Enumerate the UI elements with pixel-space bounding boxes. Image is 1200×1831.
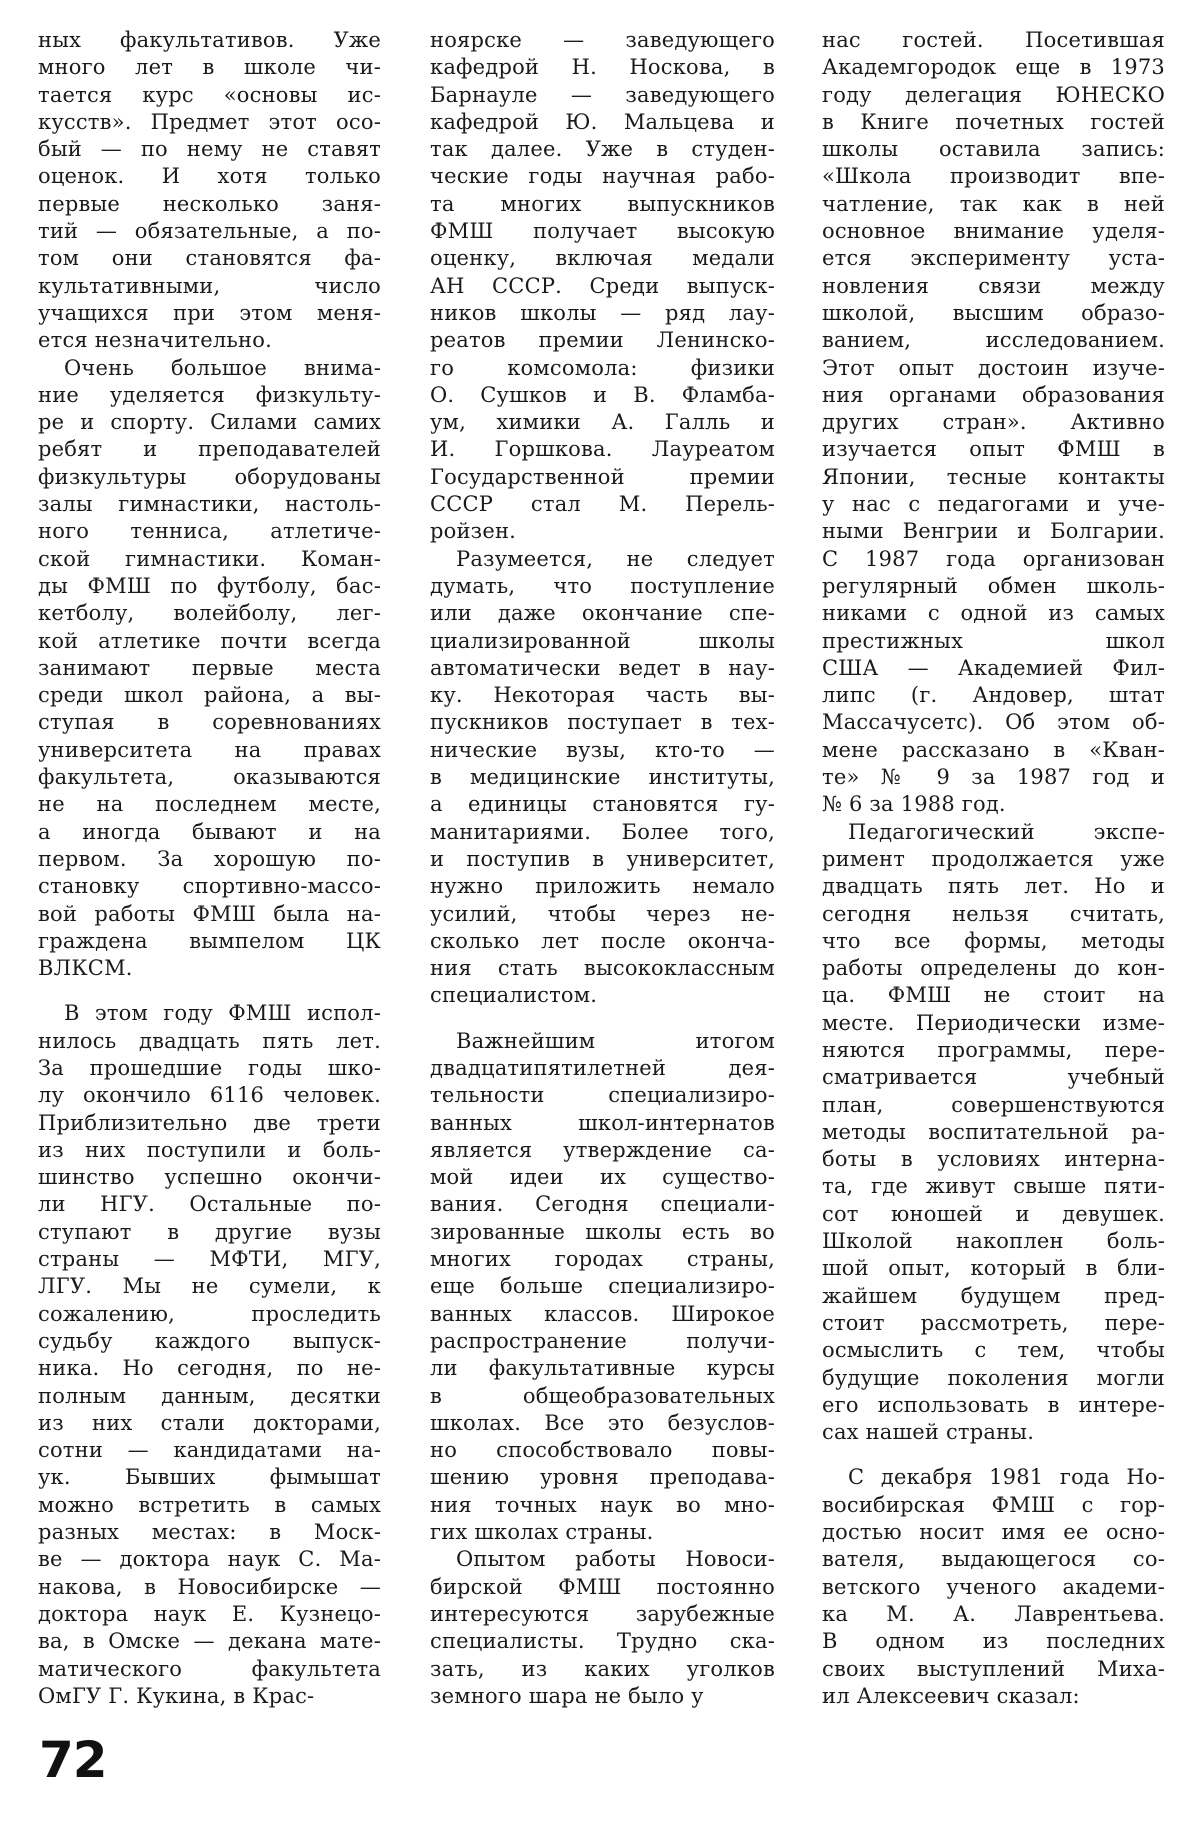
text-line: в медицинские институты,: [430, 764, 775, 791]
text-line: нические вузы, кто-то —: [430, 737, 775, 764]
text-line: ников школы — ряд лау-: [430, 300, 775, 327]
text-line: том они становятся фа-: [38, 245, 381, 272]
text-line: специалисты. Трудно ска-: [430, 1628, 775, 1655]
text-line: го комсомола: физики: [430, 355, 775, 382]
text-line: ВЛКСМ.: [38, 955, 381, 982]
text-line: ными Венгрии и Болгарии.: [822, 518, 1165, 545]
text-line: С 1987 года организован: [822, 546, 1165, 573]
text-line: нилось двадцать пять лет.: [38, 1028, 381, 1055]
text-line: Японии, тесные контакты: [822, 464, 1165, 491]
text-line: стоит рассмотреть, пере-: [822, 1310, 1165, 1337]
text-line: факультета, оказываются: [38, 764, 381, 791]
text-line: будущие поколения могли: [822, 1365, 1165, 1392]
text-line: своих выступлений Миха-: [822, 1656, 1165, 1683]
text-line: ве — доктора наук С. Ма-: [38, 1546, 381, 1573]
text-line: достью носит имя ее осно-: [822, 1519, 1165, 1546]
text-line: культативными, число: [38, 273, 381, 300]
text-line: ванных школ-интернатов: [430, 1110, 775, 1137]
text-line: можно встретить в самых: [38, 1492, 381, 1519]
text-line: кой атлетике почти всегда: [38, 628, 381, 655]
paragraph: Педагогический экспе-римент продолжается…: [822, 819, 1165, 1447]
text-line: те» № 9 за 1987 год и: [822, 764, 1165, 791]
text-line: И. Горшкова. Лауреатом: [430, 436, 775, 463]
text-line: что все формы, методы: [822, 928, 1165, 955]
paragraph: Очень большое внима-ние уделяется физкул…: [38, 355, 381, 983]
text-line: Приблизительно две трети: [38, 1110, 381, 1137]
text-line: матического факультета: [38, 1656, 381, 1683]
text-line: школы оставила запись:: [822, 136, 1165, 163]
text-line: является утверждение са-: [430, 1137, 775, 1164]
text-line: Важнейшим итогом: [430, 1028, 775, 1055]
text-line: интересуются зарубежные: [430, 1601, 775, 1628]
text-line: бирской ФМШ постоянно: [430, 1574, 775, 1601]
text-line: среди школ района, а вы-: [38, 682, 381, 709]
text-line: ку. Некоторая часть вы-: [430, 682, 775, 709]
text-line: новления связи между: [822, 273, 1165, 300]
text-line: ния стать высококлассным: [430, 955, 775, 982]
text-line: ванных классов. Широкое: [430, 1301, 775, 1328]
text-line: ние уделяется физкульту-: [38, 382, 381, 409]
text-line: вателя, выдающегося со-: [822, 1546, 1165, 1573]
text-line: а единицы становятся гу-: [430, 791, 775, 818]
text-line: изучается опыт ФМШ в: [822, 436, 1165, 463]
text-line: реатов премии Ленинско-: [430, 327, 775, 354]
text-line: С декабря 1981 года Но-: [822, 1464, 1165, 1491]
text-line: Государственной премии: [430, 464, 775, 491]
text-line: сот юношей и девушек.: [822, 1201, 1165, 1228]
text-line: боты в условиях интерна-: [822, 1146, 1165, 1173]
text-line: и поступив в университет,: [430, 846, 775, 873]
text-line: ния точных наук во мно-: [430, 1492, 775, 1519]
text-line: ника. Но сегодня, по не-: [38, 1355, 381, 1382]
paragraph-gap: [822, 1446, 1165, 1464]
text-line: О. Сушков и В. Фламба-: [430, 382, 775, 409]
text-line: у нас с педагогами и уче-: [822, 491, 1165, 518]
text-line: граждена вымпелом ЦК: [38, 928, 381, 955]
text-line: ЛГУ. Мы не сумели, к: [38, 1273, 381, 1300]
text-line: в общеобразовательных: [430, 1383, 775, 1410]
text-line: основное внимание уделя-: [822, 218, 1165, 245]
text-line: сах нашей страны.: [822, 1419, 1165, 1446]
text-column-1: ных факультативов. Ужемного лет в школе …: [38, 27, 381, 1710]
text-line: первые несколько заня-: [38, 191, 381, 218]
text-line: гих школах страны.: [430, 1519, 775, 1546]
text-line: та многих выпускников: [430, 191, 775, 218]
text-line: так далее. Уже в студен-: [430, 136, 775, 163]
text-line: пускников поступает в тех-: [430, 709, 775, 736]
paragraph: С декабря 1981 года Но-восибирская ФМШ с…: [822, 1464, 1165, 1710]
text-line: сматривается учебный: [822, 1064, 1165, 1091]
text-line: сожалению, проследить: [38, 1301, 381, 1328]
text-line: разных местах: в Моск-: [38, 1519, 381, 1546]
text-line: ва, в Омске — декана мате-: [38, 1628, 381, 1655]
text-line: бый — по нему не ставят: [38, 136, 381, 163]
text-line: накова, в Новосибирске —: [38, 1574, 381, 1601]
text-line: ванием, исследованием.: [822, 327, 1165, 354]
text-line: США — Академией Фил-: [822, 655, 1165, 682]
paragraph: ноярске — заведующегокафедрой Н. Носкова…: [430, 27, 775, 546]
text-line: Школой накоплен боль-: [822, 1228, 1165, 1255]
text-line: зированные школы есть во: [430, 1219, 775, 1246]
text-line: еще больше специализиро-: [430, 1273, 775, 1300]
text-line: Разумеется, не следует: [430, 546, 775, 573]
text-line: двадцатипятилетней дея-: [430, 1055, 775, 1082]
text-line: кафедрой Ю. Мальцева и: [430, 109, 775, 136]
text-line: ской гимнастики. Коман-: [38, 546, 381, 573]
text-line: За прошедшие годы шко-: [38, 1055, 381, 1082]
text-line: земного шара не было у: [430, 1683, 775, 1710]
text-line: физкультуры оборудованы: [38, 464, 381, 491]
text-line: ил Алексеевич сказал:: [822, 1683, 1165, 1710]
paragraph: ных факультативов. Ужемного лет в школе …: [38, 27, 381, 355]
magazine-page: ных факультативов. Ужемного лет в школе …: [0, 0, 1200, 1831]
text-line: план, совершенствуются: [822, 1092, 1165, 1119]
text-line: чатление, так как в ней: [822, 191, 1165, 218]
text-line: вой работы ФМШ была на-: [38, 901, 381, 928]
text-line: но способствовало повы-: [430, 1437, 775, 1464]
text-line: ческие годы научная рабо-: [430, 163, 775, 190]
text-line: Опытом работы Новоси-: [430, 1546, 775, 1573]
text-line: его использовать в интере-: [822, 1392, 1165, 1419]
text-line: ды ФМШ по футболу, бас-: [38, 573, 381, 600]
text-line: осмыслить с тем, чтобы: [822, 1337, 1165, 1364]
text-line: ум, химики А. Галль и: [430, 409, 775, 436]
text-line: престижных школ: [822, 628, 1165, 655]
text-line: регулярный обмен школь-: [822, 573, 1165, 600]
text-line: римент продолжается уже: [822, 846, 1165, 873]
text-line: или даже окончание спе-: [430, 600, 775, 627]
text-line: Очень большое внима-: [38, 355, 381, 382]
text-line: шой опыт, который в бли-: [822, 1255, 1165, 1282]
text-line: жайшем будущем пред-: [822, 1283, 1165, 1310]
text-line: автоматически ведет в нау-: [430, 655, 775, 682]
text-line: первом. За хорошую по-: [38, 846, 381, 873]
text-line: полным данным, десятки: [38, 1383, 381, 1410]
text-line: шению уровня преподава-: [430, 1464, 775, 1491]
text-line: кусств». Предмет этот осо-: [38, 109, 381, 136]
text-line: ния органами образования: [822, 382, 1165, 409]
text-line: не на последнем месте,: [38, 791, 381, 818]
text-line: В одном из последних: [822, 1628, 1165, 1655]
text-line: манитариями. Более того,: [430, 819, 775, 846]
text-line: ного тенниса, атлетиче-: [38, 518, 381, 545]
text-line: В этом году ФМШ испол-: [38, 1000, 381, 1027]
text-line: ется эксперименту уста-: [822, 245, 1165, 272]
text-line: становку спортивно-массо-: [38, 873, 381, 900]
text-line: та, где живут свыше пяти-: [822, 1173, 1165, 1200]
text-line: месте. Периодически изме-: [822, 1010, 1165, 1037]
text-line: ступая в соревнованиях: [38, 709, 381, 736]
text-line: Педагогический экспе-: [822, 819, 1165, 846]
text-line: судьбу каждого выпуск-: [38, 1328, 381, 1355]
text-column-3: нас гостей. ПосетившаяАкадемгородок еще …: [822, 27, 1165, 1710]
paragraph: Важнейшим итогомдвадцатипятилетней дея-т…: [430, 1028, 775, 1547]
text-line: няются программы, пере-: [822, 1037, 1165, 1064]
paragraph: нас гостей. ПосетившаяАкадемгородок еще …: [822, 27, 1165, 819]
text-line: занимают первые места: [38, 655, 381, 682]
text-line: усилий, чтобы через не-: [430, 901, 775, 928]
text-line: ца. ФМШ не стоит на: [822, 982, 1165, 1009]
text-line: ноярске — заведующего: [430, 27, 775, 54]
text-line: страны — МФТИ, МГУ,: [38, 1246, 381, 1273]
text-line: ФМШ получает высокую: [430, 218, 775, 245]
text-line: Массачусетс). Об этом об-: [822, 709, 1165, 736]
text-line: циализированной школы: [430, 628, 775, 655]
text-line: Барнауле — заведующего: [430, 82, 775, 109]
text-line: АН СССР. Среди выпуск-: [430, 273, 775, 300]
text-line: ка М. А. Лаврентьева.: [822, 1601, 1165, 1628]
text-line: кафедрой Н. Носкова, в: [430, 54, 775, 81]
text-line: ук. Бывших фымышат: [38, 1464, 381, 1491]
text-line: двадцать пять лет. Но и: [822, 873, 1165, 900]
text-column-2: ноярске — заведующегокафедрой Н. Носкова…: [430, 27, 775, 1710]
text-line: ОмГУ Г. Кукина, в Крас-: [38, 1683, 381, 1710]
text-line: университета на правах: [38, 737, 381, 764]
text-line: ли НГУ. Остальные по-: [38, 1191, 381, 1218]
text-line: оценку, включая медали: [430, 245, 775, 272]
text-line: доктора наук Е. Кузнецо-: [38, 1601, 381, 1628]
text-line: шинство успешно окончи-: [38, 1164, 381, 1191]
text-line: мене рассказано в «Кван-: [822, 737, 1165, 764]
text-line: из них поступили и боль-: [38, 1137, 381, 1164]
text-line: году делегация ЮНЕСКО: [822, 82, 1165, 109]
text-line: СССР стал М. Перель-: [430, 491, 775, 518]
text-line: кетболу, волейболу, лег-: [38, 600, 381, 627]
text-line: работы определены до кон-: [822, 955, 1165, 982]
text-line: ных факультативов. Уже: [38, 27, 381, 54]
text-line: нужно приложить немало: [430, 873, 775, 900]
text-line: методы воспитательной ра-: [822, 1119, 1165, 1146]
text-line: других стран». Активно: [822, 409, 1165, 436]
text-line: тий — обязательные, а по-: [38, 218, 381, 245]
text-line: много лет в школе чи-: [38, 54, 381, 81]
text-line: Этот опыт достоин изуче-: [822, 355, 1165, 382]
text-line: ребят и преподавателей: [38, 436, 381, 463]
text-line: учащихся при этом меня-: [38, 300, 381, 327]
text-line: а иногда бывают и на: [38, 819, 381, 846]
text-line: № 6 за 1988 год.: [822, 791, 1165, 818]
text-line: ройзен.: [430, 518, 775, 545]
paragraph-gap: [38, 982, 381, 1000]
text-line: мой идеи их существо-: [430, 1164, 775, 1191]
text-line: липс (г. Андовер, штат: [822, 682, 1165, 709]
text-line: тается курс «основы ис-: [38, 82, 381, 109]
text-line: нас гостей. Посетившая: [822, 27, 1165, 54]
text-line: никами с одной из самых: [822, 600, 1165, 627]
text-line: вания. Сегодня специали-: [430, 1191, 775, 1218]
page-number: 72: [39, 1735, 107, 1785]
text-line: многих городах страны,: [430, 1246, 775, 1273]
paragraph: Опытом работы Новоси-бирской ФМШ постоян…: [430, 1546, 775, 1710]
text-line: лу окончило 6116 человек.: [38, 1082, 381, 1109]
text-line: в Книге почетных гостей: [822, 109, 1165, 136]
text-line: думать, что поступление: [430, 573, 775, 600]
text-line: ре и спорту. Силами самих: [38, 409, 381, 436]
text-line: зать, из каких уголков: [430, 1656, 775, 1683]
text-line: специалистом.: [430, 982, 775, 1009]
text-line: тельности специализиро-: [430, 1082, 775, 1109]
text-line: распространение получи-: [430, 1328, 775, 1355]
paragraph: В этом году ФМШ испол-нилось двадцать пя…: [38, 1000, 381, 1710]
text-line: оценок. И хотя только: [38, 163, 381, 190]
text-line: школой, высшим образо-: [822, 300, 1165, 327]
text-line: Академгородок еще в 1973: [822, 54, 1165, 81]
text-line: сегодня нельзя считать,: [822, 901, 1165, 928]
text-line: ветского ученого академи-: [822, 1574, 1165, 1601]
text-line: школах. Все это безуслов-: [430, 1410, 775, 1437]
paragraph-gap: [430, 1010, 775, 1028]
paragraph: Разумеется, не следуетдумать, что поступ…: [430, 546, 775, 1010]
text-line: «Школа производит впе-: [822, 163, 1165, 190]
text-line: сколько лет после оконча-: [430, 928, 775, 955]
text-line: ется незначительно.: [38, 327, 381, 354]
text-line: восибирская ФМШ с гор-: [822, 1492, 1165, 1519]
text-line: залы гимнастики, настоль-: [38, 491, 381, 518]
text-line: из них стали докторами,: [38, 1410, 381, 1437]
text-line: ли факультативные курсы: [430, 1355, 775, 1382]
text-line: сотни — кандидатами на-: [38, 1437, 381, 1464]
text-line: ступают в другие вузы: [38, 1219, 381, 1246]
